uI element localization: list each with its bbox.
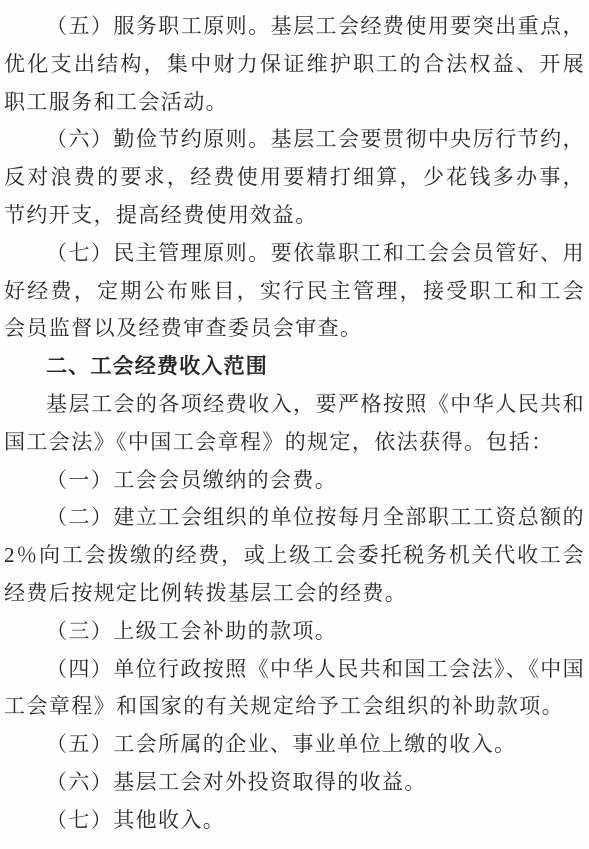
paragraph-income-item-4: （四）单位行政按照《中华人民共和国工会法》、《中国工会章程》和国家的有关规定给予… <box>4 651 585 727</box>
paragraph-principle-7: （七）民主管理原则。要依靠职工和工会会员管好、用好经费，定期公布账目，实行民主管… <box>4 235 585 348</box>
paragraph-income-item-1: （一）工会会员缴纳的会费。 <box>4 462 585 500</box>
paragraph-income-item-7: （七）其他收入。 <box>4 802 585 840</box>
document-page: （五）服务职工原则。基层工会经费使用要突出重点，优化支出结构，集中财力保证维护职… <box>0 0 589 849</box>
paragraph-principle-5: （五）服务职工原则。基层工会经费使用要突出重点，优化支出结构，集中财力保证维护职… <box>4 8 585 121</box>
paragraph-income-item-6: （六）基层工会对外投资取得的收益。 <box>4 764 585 802</box>
document-body: （五）服务职工原则。基层工会经费使用要突出重点，优化支出结构，集中财力保证维护职… <box>4 8 585 840</box>
paragraph-income-item-5: （五）工会所属的企业、事业单位上缴的收入。 <box>4 726 585 764</box>
paragraph-income-item-2: （二）建立工会组织的单位按每月全部职工工资总额的2％向工会拨缴的经费，或上级工会… <box>4 499 585 612</box>
paragraph-income-item-3: （三）上级工会补助的款项。 <box>4 613 585 651</box>
section-heading-income-scope: 二、工会经费收入范围 <box>4 348 585 386</box>
paragraph-principle-6: （六）勤俭节约原则。基层工会要贯彻中央厉行节约，反对浪费的要求，经费使用要精打细… <box>4 121 585 234</box>
paragraph-income-intro: 基层工会的各项经费收入，要严格按照《中华人民共和国工会法》《中国工会章程》的规定… <box>4 386 585 462</box>
